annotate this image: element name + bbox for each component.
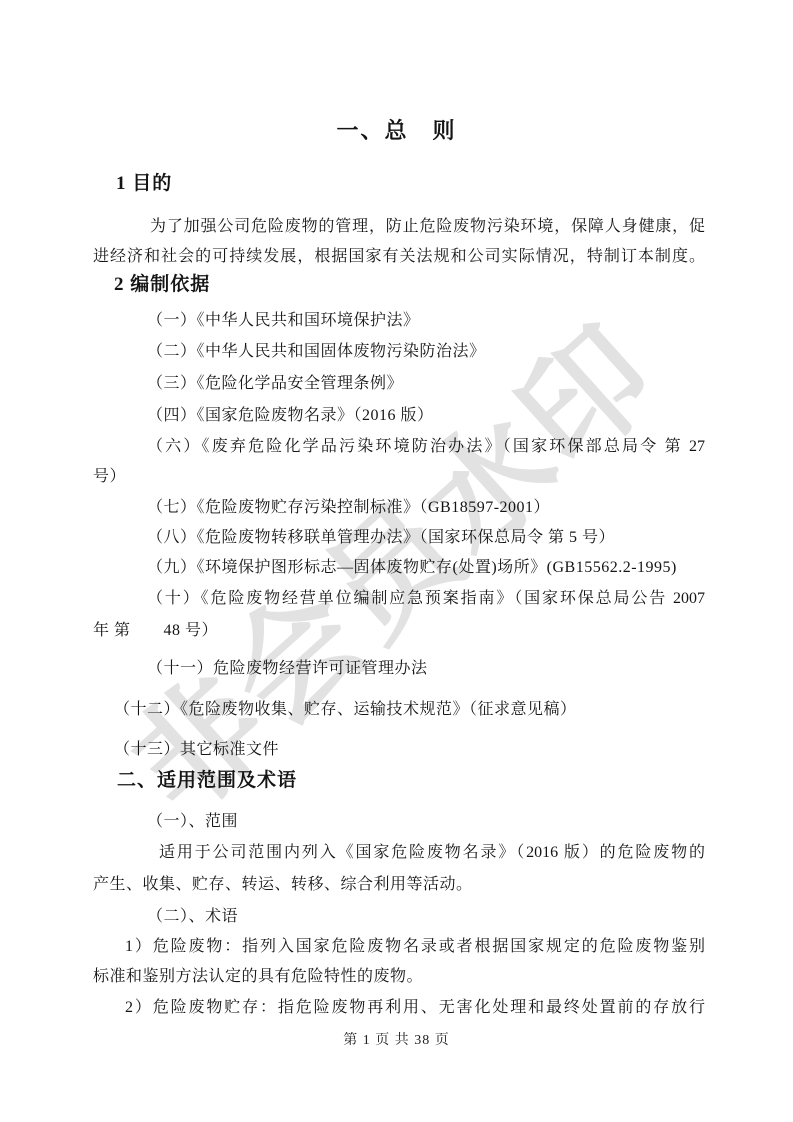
ref-item-7: （七）《危险废物贮存污染控制标准》（GB18597-2001） bbox=[147, 497, 550, 519]
ref-item-10-continuation: 年 第 48 号） bbox=[93, 620, 218, 642]
purpose-paragraph-line: 进经济和社会的可持续发展，根据国家有关法规和公司实际情况，特制订本制度。 bbox=[93, 246, 705, 268]
scope-paragraph-line: 适用于公司范围内列入《国家危险废物名录》（2016 版）的危险废物的 bbox=[159, 842, 705, 864]
ref-item-1: （一）《中华人民共和国环境保护法》 bbox=[147, 310, 420, 332]
term-definition-1: 1）危险废物：指列入国家危险废物名录或者根据国家规定的危险废物鉴别 bbox=[125, 936, 705, 958]
heading-basis: 2 编制依据 bbox=[114, 273, 210, 297]
scope-paragraph-line: 产生、收集、贮存、转运、转移、综合利用等活动。 bbox=[93, 874, 473, 896]
term-definition-1-continuation: 标准和鉴别方法认定的具有危险特性的废物。 bbox=[93, 966, 423, 988]
ref-item-10: （十）《危险废物经营单位编制应急预案指南》（国家环保总局公告 2007 bbox=[147, 588, 705, 610]
page-title: 一、总 则 bbox=[0, 116, 793, 146]
scope-subheading: （一）、范围 bbox=[147, 811, 238, 833]
footer-page-number: 第 1 页 共 38 页 bbox=[0, 1030, 793, 1052]
ref-item-8: （八）《危险废物转移联单管理办法》（国家环保总局令 第 5 号） bbox=[147, 527, 615, 549]
ref-item-3: （三）《危险化学品安全管理条例》 bbox=[147, 373, 403, 395]
ref-item-11: （十一）危险废物经营许可证管理办法 bbox=[147, 658, 428, 680]
ref-item-2: （二）《中华人民共和国固体废物污染防治法》 bbox=[147, 341, 486, 363]
purpose-paragraph-line: 为了加强公司危险废物的管理，防止危险废物污染环境，保障人身健康，促 bbox=[150, 216, 705, 238]
ref-item-4: （四）《国家危险废物名录》（2016 版） bbox=[147, 405, 434, 427]
heading-purpose: 1 目的 bbox=[116, 172, 172, 196]
ref-item-6-continuation: 号） bbox=[93, 466, 126, 488]
ref-item-6: （六）《废弃危险化学品污染环境防治办法》（国家环保部总局令 第 27 bbox=[147, 436, 705, 458]
heading-scope-terms: 二、适用范围及术语 bbox=[117, 769, 297, 793]
ref-item-12: （十二）《危险废物收集、贮存、运输技术规范》（征求意见稿） bbox=[114, 699, 577, 721]
terms-subheading: （二）、术语 bbox=[147, 906, 238, 928]
ref-item-9: （九）《环境保护图形标志—固体废物贮存(处置)场所》(GB15562.2-199… bbox=[147, 557, 677, 579]
document-page: 非会员水印 一、总 则 1 目的 为了加强公司危险废物的管理，防止危险废物污染环… bbox=[0, 0, 793, 1122]
term-definition-2: 2）危险废物贮存：指危险废物再利用、无害化处理和最终处置前的存放行 bbox=[125, 997, 705, 1019]
ref-item-13: （十三）其它标准文件 bbox=[114, 739, 279, 761]
